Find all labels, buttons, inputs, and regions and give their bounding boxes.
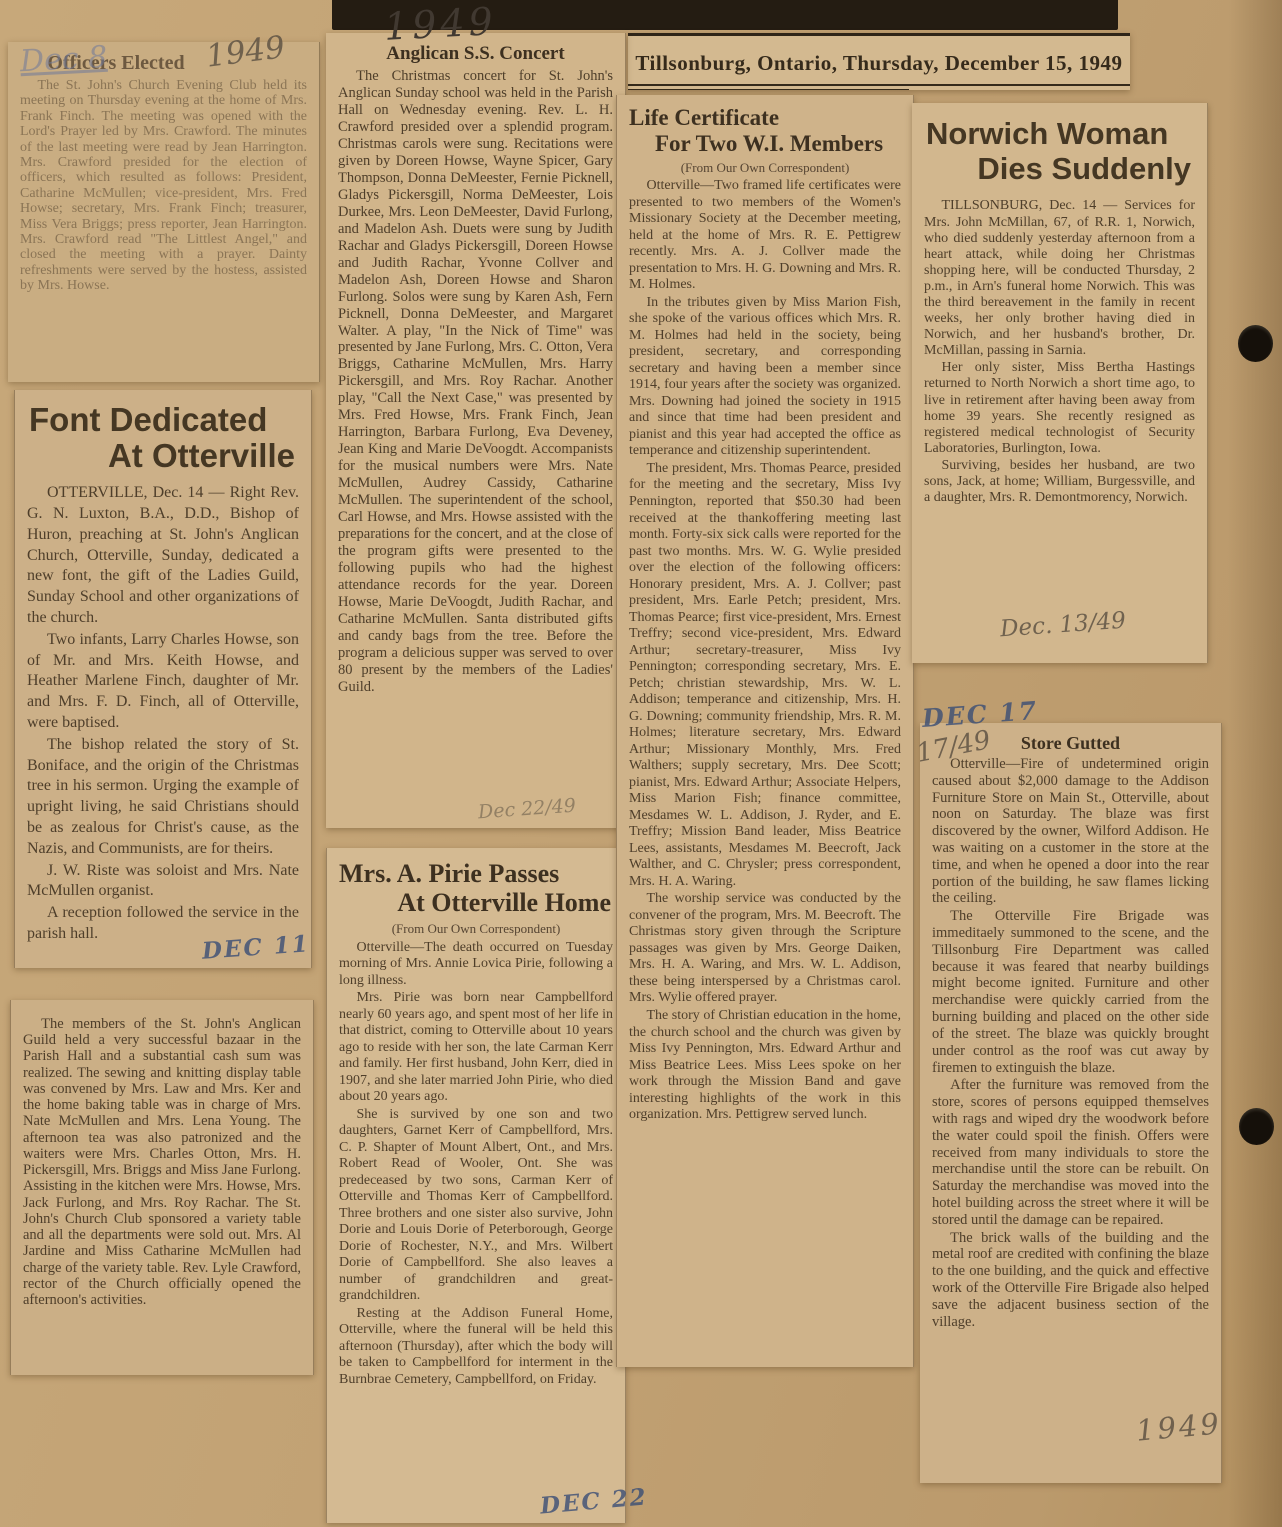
article-paragraph: After the furniture was removed from the… (932, 1077, 1209, 1228)
scrapbook-page: Tillsonburg, Ontario, Thursday, December… (0, 0, 1282, 1527)
headline-font-dedicated-line1: Font Dedicated (29, 402, 299, 438)
byline-life-certificate: (From Our Own Correspondent) (629, 160, 901, 175)
article-paragraph: Otterville—Fire of undetermined origin c… (932, 756, 1209, 907)
masthead-rule (628, 84, 1130, 86)
article-paragraph: Her only sister, Miss Bertha Hastings re… (924, 360, 1195, 457)
clipping-masthead: Tillsonburg, Ontario, Thursday, December… (628, 33, 1130, 90)
headline-life-certificate-line2: For Two W.I. Members (655, 131, 901, 157)
headline-font-dedicated-line2: At Otterville (27, 438, 295, 474)
clipping-norwich-obituary: Norwich Woman Dies Suddenly TILLSONBURG,… (912, 103, 1208, 663)
article-paragraph: Resting at the Addison Funeral Home, Ott… (339, 1306, 613, 1389)
photo-edge-band (332, 0, 1118, 30)
clipping-guild-bazaar: The members of the St. John's Anglican G… (10, 1000, 314, 1375)
headline-life-certificate-line1: Life Certificate (629, 105, 901, 131)
masthead-date: Tillsonburg, Ontario, Thursday, December… (635, 51, 1122, 76)
article-paragraph: The president, Mrs. Thomas Pearce, presi… (629, 461, 901, 890)
article-paragraph: Two infants, Larry Charles Howse, son of… (27, 630, 299, 734)
binder-hole (1239, 1108, 1274, 1145)
clipping-font-dedicated: Font Dedicated At Otterville OTTERVILLE,… (14, 390, 312, 968)
article-paragraph: The St. John's Church Evening Club held … (20, 78, 307, 293)
article-paragraph: The bishop related the story of St. Boni… (27, 735, 299, 860)
article-paragraph: The story of Christian education in the … (629, 1008, 901, 1124)
headline-anglican-concert: Anglican S.S. Concert (338, 43, 613, 65)
headline-norwich-line2: Dies Suddenly (924, 152, 1191, 187)
clipping-pirie-obituary: Mrs. A. Pirie Passes At Otterville Home … (326, 848, 626, 1523)
article-paragraph: TILLSONBURG, Dec. 14 — Services for Mrs.… (924, 198, 1195, 359)
article-paragraph: The worship service was conducted by the… (629, 891, 901, 1007)
article-paragraph: Otterville—Two framed life certificates … (629, 178, 901, 294)
headline-norwich-line1: Norwich Woman (926, 117, 1195, 152)
clipping-store-gutted: Store Gutted Otterville—Fire of undeterm… (920, 723, 1222, 1483)
article-paragraph: Otterville—The death occurred on Tuesday… (339, 940, 613, 990)
masthead-rule (628, 89, 909, 90)
headline-pirie-line2: At Otterville Home (339, 889, 611, 918)
article-paragraph: OTTERVILLE, Dec. 14 — Right Rev. G. N. L… (27, 483, 299, 629)
clipping-life-certificate: Life Certificate For Two W.I. Members (F… (616, 95, 914, 1367)
article-paragraph: The Otterville Fire Brigade was immedita… (932, 908, 1209, 1076)
headline-store-gutted: Store Gutted (932, 733, 1209, 754)
binder-hole (1238, 325, 1273, 362)
byline-pirie: (From Our Own Correspondent) (339, 921, 613, 936)
clipping-officers-elected: Officers Elected The St. John's Church E… (8, 42, 320, 382)
page-edge-shadow (1228, 0, 1282, 1527)
article-paragraph: Mrs. Pirie was born near Campbellford ne… (339, 990, 613, 1106)
article-paragraph: A reception followed the service in the … (27, 903, 299, 945)
article-paragraph: Surviving, besides her husband, are two … (924, 458, 1195, 506)
article-paragraph: The members of the St. John's Anglican G… (23, 1016, 301, 1308)
article-paragraph: In the tributes given by Miss Marion Fis… (629, 295, 901, 460)
headline-officers-elected: Officers Elected (20, 52, 307, 74)
article-paragraph: She is survived by one son and two daugh… (339, 1107, 613, 1305)
article-paragraph: The brick walls of the building and the … (932, 1230, 1209, 1331)
headline-pirie-line1: Mrs. A. Pirie Passes (339, 860, 613, 889)
article-paragraph: J. W. Riste was soloist and Mrs. Nate Mc… (27, 861, 299, 903)
clipping-anglican-concert: Anglican S.S. Concert The Christmas conc… (326, 33, 626, 828)
article-paragraph: The Christmas concert for St. John's Ang… (338, 68, 613, 695)
